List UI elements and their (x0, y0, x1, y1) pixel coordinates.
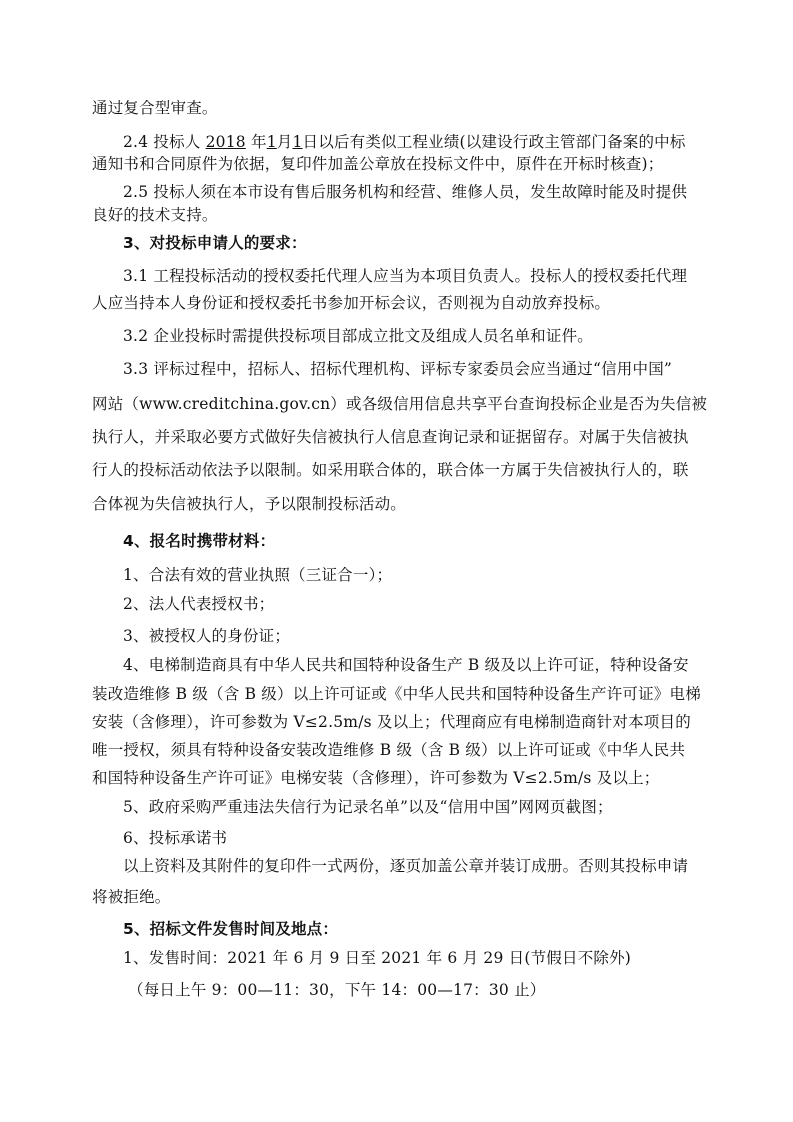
list-item: 1、合法有效的营业执照（三证合一）； (123, 565, 392, 585)
list-item: 3、被授权人的身份证； (123, 626, 290, 646)
underlined-month: 1 (267, 133, 277, 151)
paragraph-2-4: 2.4 投标人 2018 年1月1日以后有类似工程业绩(以建设行政主管部门备案的… (123, 132, 686, 152)
paragraph-line: 通过复合型审查。 (92, 98, 218, 118)
text-span: 日以后有类似工程业绩(以建设行政主管部门备案的中标 (303, 133, 686, 151)
paragraph-3-1: 3.1 工程投标活动的授权委托代理人应当为本项目负责人。投标人的授权委托代理 (123, 266, 687, 286)
list-item: 5、政府采购严重违法失信行为记录名单”以及“信用中国”网网页截图； (123, 797, 613, 817)
paragraph-line: 合体视为失信被执行人，予以限制投标活动。 (92, 494, 406, 514)
paragraph-line: 装改造维修 B 级（含 B 级）以上许可证或《中华人民共和国特种设备生产许可证》… (92, 684, 701, 704)
paragraph-line: 网站（www.creditchina.gov.cn）或各级信用信息共享平台查询投… (92, 394, 707, 414)
section-4-heading: 4、报名时携带材料： (123, 531, 275, 551)
paragraph-line: 执行人，并采取必要方式做好失信被执行人信息查询记录和证据留存。对属于失信被执 (92, 427, 689, 447)
list-item: 4、电梯制造商具有中华人民共和国特种设备生产 B 级及以上许可证，特种设备安 (123, 655, 689, 675)
paragraph-line: 安装（含修理），许可参数为 V≤2.5m/s 及以上；代理商应有电梯制造商针对本… (92, 712, 691, 732)
paragraph-line: 人应当持本人身份证和授权委托书参加开标会议，否则视为自动放弃投标。 (92, 293, 610, 313)
underlined-day: 1 (292, 133, 302, 151)
section-3-heading: 3、对投标申请人的要求： (123, 233, 307, 253)
underlined-year: 2018 (206, 133, 246, 151)
hours-line: （每日上午 9：00—11：30，下午 14：00—17：30 止） (128, 980, 546, 1000)
text-span: 2.4 投标人 (123, 133, 206, 151)
text-span: 月 (277, 133, 293, 151)
text-span: 年 (246, 133, 267, 151)
note-paragraph: 以上资料及其附件的复印件一式两份，逐页加盖公章并装订成册。否则其投标申请 (123, 856, 688, 876)
list-item: 6、投标承诺书 (123, 828, 227, 848)
list-item: 1、发售时间：2021 年 6 月 9 日至 2021 年 6 月 29 日(节… (123, 948, 631, 968)
paragraph-line: 和国特种设备生产许可证》电梯安装（含修理），许可参数为 V≤2.5m/s 及以上… (92, 768, 660, 788)
paragraph-3-3: 3.3 评标过程中，招标人、招标代理机构、评标专家委员会应当通过“信用中国” (123, 359, 672, 379)
paragraph-line: 通知书和合同原件为依据，复印件加盖公章放在投标文件中，原件在开标时核查)； (92, 154, 663, 174)
paragraph-line: 良好的技术支持。 (92, 205, 218, 225)
paragraph-line: 行人的投标活动依法予以限制。如采用联合体的，联合体一方属于失信被执行人的，联 (92, 460, 689, 480)
paragraph-3-2: 3.2 企业投标时需提供投标项目部成立批文及组成人员名单和证件。 (123, 326, 593, 346)
list-item: 2、法人代表授权书； (123, 594, 274, 614)
paragraph-line: 将被拒绝。 (92, 887, 171, 907)
paragraph-line: 唯一授权，须具有特种设备安装改造维修 B 级（含 B 级）以上许可证或《中华人民… (92, 740, 685, 760)
section-5-heading: 5、招标文件发售时间及地点： (123, 919, 338, 939)
paragraph-2-5: 2.5 投标人须在本市设有售后服务机构和经营、维修人员，发生故障时能及时提供 (123, 182, 687, 202)
